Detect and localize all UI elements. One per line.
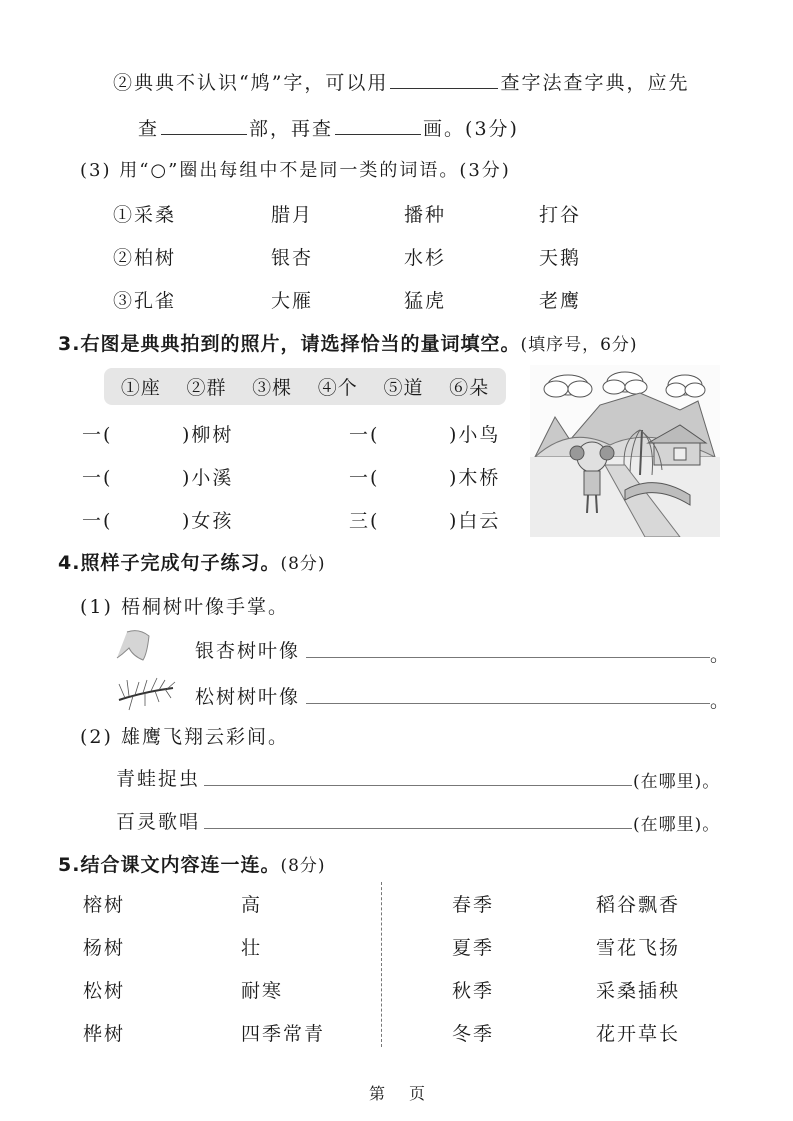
q5-trait-2[interactable]: 壮 <box>241 933 262 960</box>
q4-lark-where-hint: (在哪里)。 <box>633 810 720 835</box>
stroke-count-blank[interactable] <box>335 133 421 135</box>
q2-part2-text-b: 查字法查字典，应先 <box>500 72 689 94</box>
q4-pine-prompt: 松树树叶像 <box>195 682 300 709</box>
q2-part3-row1-c2[interactable]: 腊月 <box>271 200 313 227</box>
page-label-suffix: 页 <box>409 1081 425 1104</box>
q2-part3-row2-c2[interactable]: 银杏 <box>271 243 313 270</box>
q4-lark-prompt: 百灵歌唱 <box>116 807 200 834</box>
q5-scene-3[interactable]: 采桑插秧 <box>596 976 680 1003</box>
q3-item-willow: 一( <box>82 420 112 447</box>
q2-part2-text-a: ②典典不认识“鸠”字，可以用 <box>113 72 388 94</box>
q5-column-divider <box>381 882 382 1047</box>
q4-sub2-title: (2) 雄鹰飞翔云彩间。 <box>80 722 289 749</box>
q3-item-willow-label: )柳树 <box>182 420 233 447</box>
q5-season-3[interactable]: 秋季 <box>452 976 494 1003</box>
q3-answer-bird[interactable] <box>387 418 447 444</box>
q4-points: (8分) <box>280 554 325 574</box>
lookup-method-blank[interactable] <box>390 87 498 89</box>
q3-answer-stream[interactable] <box>120 461 180 487</box>
option-5: ⑤道 <box>383 373 423 400</box>
q5-tree-4[interactable]: 桦树 <box>83 1019 125 1046</box>
q5-title-text: 5.结合课文内容连一连。 <box>58 854 280 876</box>
q3-answer-cloud[interactable] <box>387 504 447 530</box>
q5-scene-2[interactable]: 雪花飞扬 <box>596 933 680 960</box>
q3-item-girl: 一( <box>82 506 112 533</box>
measure-word-options: ①座 ②群 ③棵 ④个 ⑤道 ⑥朵 <box>104 368 506 405</box>
q3-answer-bridge[interactable] <box>387 461 447 487</box>
q4-lark-answer-line[interactable] <box>204 828 632 829</box>
q2-part2-text-e: 画。(3分) <box>423 118 519 140</box>
q5-title: 5.结合课文内容连一连。(8分) <box>58 850 326 877</box>
q2-part3-row3-c1[interactable]: ③孔雀 <box>113 286 176 313</box>
q4-sub1-title: (1) 梧桐树叶像手掌。 <box>80 592 289 619</box>
q5-trait-3[interactable]: 耐寒 <box>241 976 283 1003</box>
option-3: ③棵 <box>252 373 292 400</box>
q5-tree-1[interactable]: 榕树 <box>83 890 125 917</box>
q4-pine-period: 。 <box>710 686 731 713</box>
q4-ginkgo-answer-line[interactable] <box>306 657 710 658</box>
q3-item-stream-label: )小溪 <box>182 463 233 490</box>
q5-trait-4[interactable]: 四季常青 <box>241 1019 325 1046</box>
ginkgo-leaf-icon <box>115 626 155 666</box>
q5-tree-2[interactable]: 杨树 <box>83 933 125 960</box>
q4-pine-answer-line[interactable] <box>306 703 710 704</box>
q3-item-bridge-label: )木桥 <box>449 463 500 490</box>
q3-item-stream: 一( <box>82 463 112 490</box>
q3-title: 3.右图是典典拍到的照片，请选择恰当的量词填空。(填序号，6分) <box>58 329 638 356</box>
q5-season-4[interactable]: 冬季 <box>452 1019 494 1046</box>
q5-scene-1[interactable]: 稻谷飘香 <box>596 890 680 917</box>
q2-part3-row2-c3[interactable]: 水杉 <box>404 243 446 270</box>
q4-ginkgo-prompt: 银杏树叶像 <box>195 636 300 663</box>
q2-part3-row3-c3[interactable]: 猛虎 <box>404 286 446 313</box>
q5-tree-3[interactable]: 松树 <box>83 976 125 1003</box>
q4-ginkgo-period: 。 <box>710 640 731 667</box>
option-6: ⑥朵 <box>449 373 489 400</box>
q3-answer-girl[interactable] <box>120 504 180 530</box>
page-label-prefix: 第 <box>369 1081 385 1104</box>
q4-title-text: 4.照样子完成句子练习。 <box>58 552 280 574</box>
q3-item-girl-label: )女孩 <box>182 506 233 533</box>
q5-season-1[interactable]: 春季 <box>452 890 494 917</box>
q4-title: 4.照样子完成句子练习。(8分) <box>58 548 326 575</box>
scene-illustration <box>530 365 720 537</box>
q3-points: (填序号，6分) <box>520 335 637 355</box>
q2-part2-text-d: 部，再查 <box>249 118 333 140</box>
q3-item-cloud: 三( <box>349 506 379 533</box>
q3-item-cloud-label: )白云 <box>449 506 500 533</box>
q4-frog-answer-line[interactable] <box>204 785 632 786</box>
q2-part3-row2-c4[interactable]: 天鹅 <box>539 243 581 270</box>
q4-frog-prompt: 青蛙捉虫 <box>116 764 200 791</box>
q2-part3-row2-c1[interactable]: ②柏树 <box>113 243 176 270</box>
option-1: ①座 <box>121 373 161 400</box>
q4-frog-where-hint: (在哪里)。 <box>633 767 720 792</box>
q2-part3-row3-c4[interactable]: 老鹰 <box>539 286 581 313</box>
q5-season-2[interactable]: 夏季 <box>452 933 494 960</box>
q2-part3-row1-c4[interactable]: 打谷 <box>539 200 581 227</box>
q3-title-text: 3.右图是典典拍到的照片，请选择恰当的量词填空。 <box>58 333 520 355</box>
q3-answer-willow[interactable] <box>120 418 180 444</box>
q5-scene-4[interactable]: 花开草长 <box>596 1019 680 1046</box>
q2-part3-title: (3) 用“○”圈出每组中不是同一类的词语。(3分) <box>80 156 511 182</box>
q5-trait-1[interactable]: 高 <box>241 890 262 917</box>
q3-item-bird: 一( <box>349 420 379 447</box>
q2-part3-row1-c3[interactable]: 播种 <box>404 200 446 227</box>
q2-part2-line1: ②典典不认识“鸠”字，可以用查字法查字典，应先 <box>113 68 689 95</box>
radical-blank[interactable] <box>161 133 247 135</box>
q2-part2-text-c: 查 <box>138 118 159 140</box>
option-4: ④个 <box>318 373 358 400</box>
q3-item-bird-label: )小鸟 <box>449 420 500 447</box>
pine-branch-icon <box>115 674 177 714</box>
q2-part3-row3-c2[interactable]: 大雁 <box>271 286 313 313</box>
q5-points: (8分) <box>280 856 325 876</box>
q3-item-bridge: 一( <box>349 463 379 490</box>
option-2: ②群 <box>186 373 226 400</box>
q2-part2-line2: 查部，再查画。(3分) <box>138 114 519 141</box>
q2-part3-row1-c1[interactable]: ①采桑 <box>113 200 176 227</box>
